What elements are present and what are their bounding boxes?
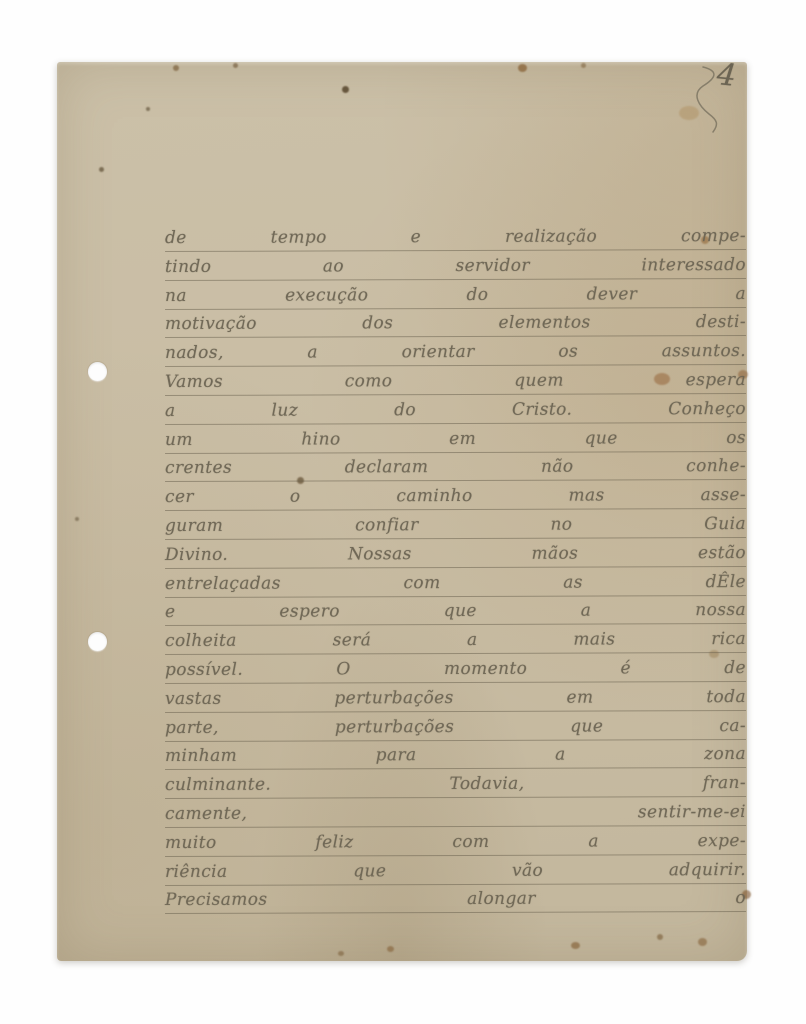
hole-punch-top bbox=[88, 362, 107, 381]
scan-background: 4 de tempo e realização compe- tindo ao … bbox=[0, 0, 806, 1024]
manuscript-line-17: vastas perturbações em toda bbox=[165, 682, 746, 713]
page-number: 4 bbox=[715, 57, 738, 94]
foxing-stain bbox=[338, 951, 344, 956]
manuscript-line-10: cer o caminho mas asse- bbox=[165, 480, 746, 511]
manuscript-line-9: crentes declaram não conhe- bbox=[165, 451, 746, 482]
foxing-stain bbox=[173, 65, 179, 71]
foxing-stain bbox=[99, 167, 104, 172]
manuscript-line-7: a luz do Cristo. Conheço bbox=[165, 394, 746, 425]
manuscript-line-16: possível. O momento é de bbox=[165, 653, 746, 684]
manuscript-line-22: muito feliz com a expe- bbox=[165, 826, 746, 857]
page-number-group: 4 bbox=[689, 62, 747, 134]
hole-punch-bottom bbox=[88, 632, 107, 651]
foxing-stain bbox=[571, 942, 580, 949]
manuscript-line-5: nados, a orientar os assuntos. bbox=[165, 336, 746, 367]
foxing-stain bbox=[75, 517, 79, 521]
manuscript-line-20: culminante. Todavia, fran- bbox=[165, 768, 746, 799]
foxing-stain bbox=[698, 938, 707, 946]
manuscript-line-13: entrelaçadas com as dÊle bbox=[165, 567, 746, 598]
manuscript-page: 4 de tempo e realização compe- tindo ao … bbox=[57, 62, 747, 961]
manuscript-line-4: motivação dos elementos desti- bbox=[165, 307, 746, 338]
foxing-stain bbox=[342, 86, 349, 93]
manuscript-line-21: camente, sentir-me-ei bbox=[165, 797, 746, 828]
manuscript-line-11: guram confiar no Guia bbox=[165, 509, 746, 540]
manuscript-line-24: Precisamos alongar o bbox=[165, 883, 746, 914]
manuscript-line-14: e espero que a nossa bbox=[165, 595, 746, 626]
manuscript-text: de tempo e realização compe- tindo ao se… bbox=[165, 222, 746, 913]
foxing-stain bbox=[518, 64, 527, 72]
foxing-stain bbox=[657, 934, 663, 940]
manuscript-line-6: Vamos como quem espera bbox=[165, 365, 746, 396]
manuscript-line-18: parte, perturbações que ca- bbox=[165, 711, 746, 742]
foxing-stain bbox=[387, 946, 394, 952]
manuscript-line-8: um hino em que os bbox=[165, 423, 746, 454]
manuscript-line-3: na execução do dever a bbox=[165, 279, 746, 310]
manuscript-line-2: tindo ao servidor interessado bbox=[165, 250, 746, 281]
manuscript-line-1: de tempo e realização compe- bbox=[165, 221, 746, 252]
manuscript-line-15: colheita será a mais rica bbox=[165, 624, 746, 655]
manuscript-line-23: riência que vão adquirir. bbox=[165, 855, 746, 886]
foxing-stain bbox=[233, 63, 238, 68]
foxing-stain bbox=[146, 107, 150, 111]
manuscript-line-12: Divino. Nossas mãos estão bbox=[165, 538, 746, 569]
manuscript-line-19: minham para a zona bbox=[165, 739, 746, 770]
foxing-stain bbox=[581, 63, 586, 68]
